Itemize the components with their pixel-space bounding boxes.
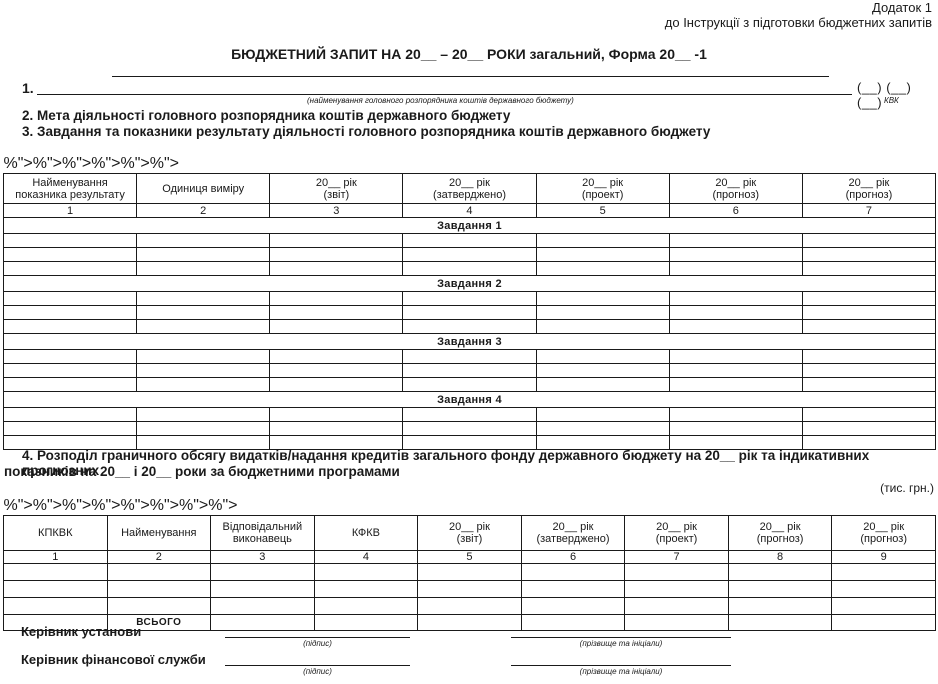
table-cell[interactable] — [669, 234, 802, 248]
table-cell[interactable] — [270, 364, 403, 378]
total-row: ВСЬОГО — [4, 615, 936, 631]
table-cell[interactable] — [137, 234, 270, 248]
table-cell[interactable] — [728, 598, 832, 615]
table-cell[interactable] — [728, 581, 832, 598]
column-number: 4 — [403, 204, 536, 218]
table-cell[interactable] — [536, 262, 669, 276]
column-number: 6 — [669, 204, 802, 218]
table-cell[interactable] — [4, 234, 137, 248]
table-cell[interactable] — [137, 408, 270, 422]
column-number: 5 — [418, 551, 522, 564]
table-cell[interactable] — [802, 262, 935, 276]
table-cell[interactable] — [211, 564, 315, 581]
table-row — [4, 320, 936, 334]
table-row — [4, 306, 936, 320]
table-cell[interactable] — [403, 350, 536, 364]
task-title: Завдання 4 — [4, 392, 936, 408]
table-cell[interactable] — [4, 292, 137, 306]
table-cell[interactable] — [403, 378, 536, 392]
table-cell[interactable] — [403, 262, 536, 276]
table-cell[interactable] — [832, 564, 936, 581]
column-number-row: 123456789 — [4, 551, 936, 564]
table-cell[interactable] — [211, 615, 315, 631]
table-cell[interactable] — [832, 581, 936, 598]
table-cell[interactable] — [107, 564, 211, 581]
table-cell[interactable] — [270, 350, 403, 364]
table-cell[interactable] — [418, 564, 522, 581]
column-number: 8 — [728, 551, 832, 564]
table-cell[interactable] — [536, 234, 669, 248]
task-title-row: Завдання 3 — [4, 334, 936, 350]
table-cell[interactable] — [802, 320, 935, 334]
table-cell[interactable] — [107, 598, 211, 615]
table-row — [4, 581, 936, 598]
table-cell[interactable] — [270, 292, 403, 306]
table-cell[interactable] — [211, 581, 315, 598]
table-row — [4, 234, 936, 248]
table-cell[interactable] — [669, 378, 802, 392]
table-cell[interactable] — [802, 306, 935, 320]
table-cell[interactable] — [536, 292, 669, 306]
table-cell[interactable] — [802, 350, 935, 364]
table-cell[interactable] — [802, 234, 935, 248]
task-title-row: Завдання 1 — [4, 218, 936, 234]
table-cell[interactable] — [802, 248, 935, 262]
appendix-label: Додаток 1 — [872, 0, 932, 15]
column-number: 2 — [137, 204, 270, 218]
table-cell[interactable] — [521, 581, 625, 598]
table-cell[interactable] — [669, 262, 802, 276]
column-number: 3 — [270, 204, 403, 218]
table-cell[interactable] — [314, 564, 418, 581]
table-cell[interactable] — [802, 408, 935, 422]
table-cell[interactable] — [418, 581, 522, 598]
table-cell[interactable] — [4, 306, 137, 320]
table-cell[interactable] — [418, 598, 522, 615]
task-title: Завдання 2 — [4, 276, 936, 292]
column-header: 20__ рік(звіт) — [270, 174, 403, 204]
table-cell[interactable] — [4, 581, 108, 598]
table-cell[interactable] — [270, 248, 403, 262]
section-3-heading: 3. Завдання та показники результату діял… — [22, 124, 710, 139]
section-1-number: 1. — [22, 80, 34, 96]
table-cell[interactable] — [314, 581, 418, 598]
column-number: 2 — [107, 551, 211, 564]
table-cell[interactable] — [536, 422, 669, 436]
table-cell[interactable] — [625, 598, 729, 615]
column-header: 20__ рік(прогноз) — [802, 174, 935, 204]
budget-manager-name-caption: (найменування головного розпорядника кош… — [307, 96, 574, 105]
signature-label-head: Керівник установи — [21, 624, 141, 639]
budget-manager-name-line[interactable] — [37, 94, 852, 95]
table-cell[interactable] — [403, 306, 536, 320]
table-row — [4, 292, 936, 306]
table-cell[interactable] — [4, 378, 137, 392]
table-cell[interactable] — [625, 564, 729, 581]
column-number: 7 — [802, 204, 935, 218]
table-cell[interactable] — [403, 422, 536, 436]
table-cell[interactable] — [270, 234, 403, 248]
table-cell[interactable] — [536, 248, 669, 262]
table-cell[interactable] — [536, 408, 669, 422]
table-cell[interactable] — [802, 292, 935, 306]
table-cell[interactable] — [137, 422, 270, 436]
table-cell[interactable] — [270, 408, 403, 422]
table-cell[interactable] — [832, 615, 936, 631]
table-cell[interactable] — [403, 248, 536, 262]
table-cell[interactable] — [270, 378, 403, 392]
table-cell[interactable] — [270, 320, 403, 334]
performance-indicators-table: %">%">%">%">%">%">Найменуванняпоказника … — [3, 155, 936, 450]
table-cell[interactable] — [728, 615, 832, 631]
signature-line-finance[interactable] — [225, 665, 410, 666]
table-cell[interactable] — [314, 615, 418, 631]
table-cell[interactable] — [270, 262, 403, 276]
header-row: КПКВКНайменуванняВідповідальнийвиконавец… — [4, 516, 936, 551]
table-cell[interactable] — [669, 306, 802, 320]
table-cell[interactable] — [669, 292, 802, 306]
table-cell[interactable] — [536, 320, 669, 334]
column-header: КФКВ — [314, 516, 418, 551]
signature-caption-head: (підпис) — [225, 639, 410, 648]
table-cell[interactable] — [137, 262, 270, 276]
table-cell[interactable] — [669, 320, 802, 334]
column-header: 20__ рік(проект) — [625, 516, 729, 551]
column-header: 20__ рік(затверджено) — [521, 516, 625, 551]
column-header: 20__ рік(прогноз) — [669, 174, 802, 204]
table-cell[interactable] — [536, 378, 669, 392]
kvk-code-fields[interactable]: (__) (__) (__) — [857, 80, 938, 110]
appendix-reference: до Інструкції з підготовки бюджетних зап… — [665, 15, 932, 30]
column-number: 6 — [521, 551, 625, 564]
table-cell[interactable] — [137, 350, 270, 364]
name-caption-head: (прізвище та ініціали) — [511, 639, 731, 648]
expenditure-distribution-table: %">%">%">%">%">%">%">%">КПКВКНайменуванн… — [3, 497, 936, 631]
column-number: 7 — [625, 551, 729, 564]
task-title: Завдання 1 — [4, 218, 936, 234]
column-number: 5 — [536, 204, 669, 218]
table-cell[interactable] — [107, 581, 211, 598]
name-line-head[interactable] — [511, 637, 731, 638]
table-cell[interactable] — [802, 422, 935, 436]
table-cell[interactable] — [137, 364, 270, 378]
table-cell[interactable] — [669, 408, 802, 422]
task-title-row: Завдання 4 — [4, 392, 936, 408]
column-header: 20__ рік(прогноз) — [728, 516, 832, 551]
table-cell[interactable] — [4, 262, 137, 276]
table-cell[interactable] — [403, 408, 536, 422]
column-number-row: 1234567 — [4, 204, 936, 218]
name-line-finance[interactable] — [511, 665, 731, 666]
table-row — [4, 598, 936, 615]
column-header: 20__ рік(проект) — [536, 174, 669, 204]
table-row — [4, 350, 936, 364]
table-cell[interactable] — [669, 350, 802, 364]
signature-line-head[interactable] — [225, 637, 410, 638]
table-cell[interactable] — [625, 615, 729, 631]
table-cell[interactable] — [137, 292, 270, 306]
name-caption-finance: (прізвище та ініціали) — [511, 667, 731, 676]
table-cell[interactable] — [403, 320, 536, 334]
column-header: Відповідальнийвиконавець — [211, 516, 315, 551]
table-cell[interactable] — [625, 581, 729, 598]
table-cell[interactable] — [536, 364, 669, 378]
header-row: Найменуванняпоказника результатуОдиниця … — [4, 174, 936, 204]
table-cell[interactable] — [832, 598, 936, 615]
column-number: 1 — [4, 551, 108, 564]
table-cell[interactable] — [4, 248, 137, 262]
table-cell[interactable] — [4, 408, 137, 422]
table-row — [4, 262, 936, 276]
table-cell[interactable] — [728, 564, 832, 581]
column-number: 9 — [832, 551, 936, 564]
column-header: Одиниця виміру — [137, 174, 270, 204]
table-cell[interactable] — [270, 422, 403, 436]
signature-caption-finance: (підпис) — [225, 667, 410, 676]
units-label: (тис. грн.) — [880, 481, 934, 495]
table-row — [4, 364, 936, 378]
column-number: 1 — [4, 204, 137, 218]
table-cell[interactable] — [669, 364, 802, 378]
task-title: Завдання 3 — [4, 334, 936, 350]
table-cell[interactable] — [669, 422, 802, 436]
signature-label-finance: Керівник фінансової служби — [21, 652, 206, 667]
table-cell[interactable] — [521, 615, 625, 631]
table-cell[interactable] — [802, 378, 935, 392]
table-cell[interactable] — [270, 306, 403, 320]
column-header: 20__ рік(затверджено) — [403, 174, 536, 204]
table-cell[interactable] — [669, 248, 802, 262]
table-cell[interactable] — [211, 598, 315, 615]
table-row — [4, 408, 936, 422]
table-cell[interactable] — [536, 306, 669, 320]
table-cell[interactable] — [403, 292, 536, 306]
column-number: 4 — [314, 551, 418, 564]
table-cell[interactable] — [521, 564, 625, 581]
task-title-row: Завдання 2 — [4, 276, 936, 292]
section-2-heading: 2. Мета діяльності головного розпорядник… — [22, 108, 510, 123]
table-cell[interactable] — [802, 364, 935, 378]
column-header: Найменування — [107, 516, 211, 551]
table-cell[interactable] — [4, 350, 137, 364]
kvk-caption: КВК — [884, 96, 899, 105]
table-cell[interactable] — [4, 564, 108, 581]
column-header: КПКВК — [4, 516, 108, 551]
column-header: Найменуванняпоказника результату — [4, 174, 137, 204]
table-cell[interactable] — [4, 320, 137, 334]
document-title: БЮДЖЕТНИЙ ЗАПИТ НА 20__ – 20__ РОКИ зага… — [0, 46, 938, 62]
column-number: 3 — [211, 551, 315, 564]
table-cell[interactable] — [4, 364, 137, 378]
top-blank-line[interactable] — [112, 76, 829, 77]
table-cell[interactable] — [137, 378, 270, 392]
table-cell[interactable] — [4, 598, 108, 615]
table-cell[interactable] — [314, 598, 418, 615]
table-cell[interactable] — [536, 350, 669, 364]
table-row — [4, 248, 936, 262]
table-row — [4, 564, 936, 581]
table-cell[interactable] — [403, 234, 536, 248]
column-header: 20__ рік(звіт) — [418, 516, 522, 551]
section-4-heading-line2: показників на 20__ і 20__ роки за бюджет… — [4, 464, 400, 479]
table-cell[interactable] — [137, 306, 270, 320]
table-cell[interactable] — [4, 422, 137, 436]
table-cell[interactable] — [418, 615, 522, 631]
table-cell[interactable] — [521, 598, 625, 615]
table-row — [4, 378, 936, 392]
table-row — [4, 422, 936, 436]
table-cell[interactable] — [137, 320, 270, 334]
table-cell[interactable] — [403, 364, 536, 378]
table-cell[interactable] — [137, 248, 270, 262]
column-header: 20__ рік(прогноз) — [832, 516, 936, 551]
